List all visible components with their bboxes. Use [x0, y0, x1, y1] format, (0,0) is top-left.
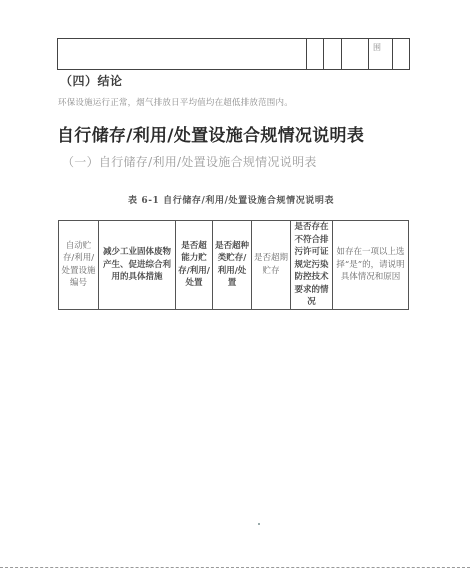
page-bottom-border — [0, 567, 470, 568]
page-title: 自行储存/利用/处置设施合规情况说明表 — [57, 121, 364, 146]
header-explanation: 如存在一项以上选择“是”的，请说明具体情况和原因 — [333, 221, 409, 310]
table-caption: 表 6-1 自行储存/利用/处置设施合规情况说明表 — [128, 193, 334, 206]
table-divider — [306, 39, 307, 69]
header-over-category: 是否超种类贮存/利用/处置 — [213, 221, 252, 310]
conclusion-text: 环保设施运行正常，烟气排放日平均值均在超低排放范围内。 — [58, 96, 293, 108]
header-reduction-measures: 减少工业固体废物产生、促进综合利用的具体措施 — [99, 221, 176, 310]
table-divider — [341, 39, 342, 69]
section-heading-conclusion: （四）结论 — [60, 72, 123, 89]
section-subtitle: （一）自行储存/利用/处置设施合规情况说明表 — [62, 153, 317, 170]
table-divider — [368, 39, 369, 69]
table-divider — [392, 39, 393, 69]
compliance-table: 自动贮存/利用/处置设施编号 减少工业固体废物产生、促进综合利用的具体措施 是否… — [58, 220, 409, 310]
table-header-row: 自动贮存/利用/处置设施编号 减少工业固体废物产生、促进综合利用的具体措施 是否… — [59, 221, 409, 310]
previous-table-fragment: 围 — [57, 38, 410, 70]
header-facility-id: 自动贮存/利用/处置设施编号 — [59, 221, 99, 310]
scan-speck — [258, 523, 260, 525]
header-over-capacity: 是否超能力贮存/利用/处置 — [176, 221, 213, 310]
table-divider — [323, 39, 324, 69]
header-over-period: 是否超期贮存 — [252, 221, 291, 310]
header-noncompliance: 是否存在不符合排污许可证规定污染防控技术要求的情况 — [291, 221, 333, 310]
table-cell-text: 围 — [373, 42, 381, 53]
